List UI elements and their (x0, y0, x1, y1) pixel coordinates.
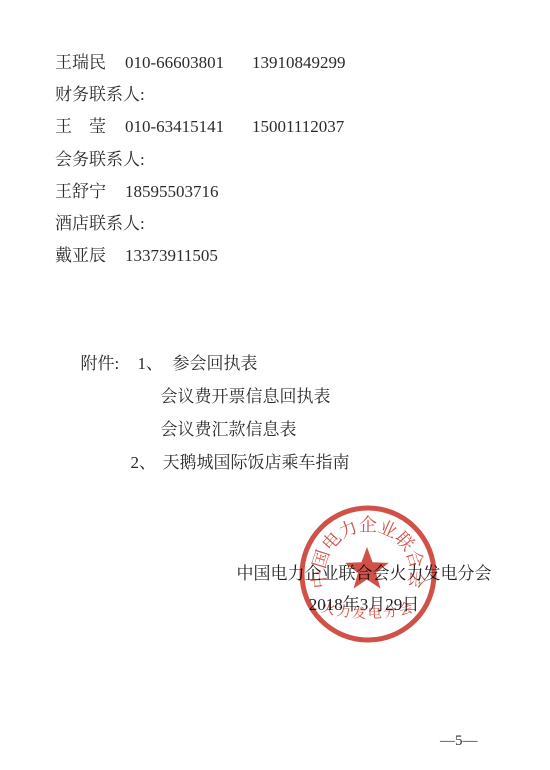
attachment-item-number: 1、 (138, 347, 173, 380)
contact-section-label: 会务联系人: (55, 144, 346, 176)
contact-row: 王舒宁 18595503716 (55, 176, 346, 208)
contact-mobile: 15001112037 (252, 111, 344, 143)
contact-name: 戴亚辰 (55, 240, 125, 272)
page-number: —5— (440, 733, 478, 750)
attachments-label: 附件: (81, 347, 138, 380)
contact-section-label: 财务联系人: (55, 79, 346, 111)
attachment-item-number: 2、 (131, 446, 163, 479)
contact-row: 王 莹 010-63415141 15001112037 (55, 111, 346, 143)
attachment-line: 附件:1、参会回执表 (55, 314, 350, 347)
attachment-item-text: 天鹅城国际饭店乘车指南 (163, 453, 350, 472)
contact-name: 王瑞民 (55, 47, 125, 79)
signature-org: 中国电力企业联合会火力发电分会 (214, 558, 514, 589)
attachments-block: 附件:1、参会回执表 会议费开票信息回执表 会议费汇款信息表 2、天鹅城国际饭店… (55, 314, 350, 446)
contact-row: 王瑞民 010-66603801 13910849299 (55, 47, 346, 79)
contacts-block: 王瑞民 010-66603801 13910849299 财务联系人: 王 莹 … (55, 47, 346, 272)
contact-mobile: 13910849299 (252, 47, 346, 79)
attachment-item-text: 参会回执表 (173, 354, 258, 373)
attachment-item-text: 会议费开票信息回执表 (161, 387, 331, 406)
contact-name: 王 莹 (55, 111, 125, 143)
signature-block: 中国电力企业联合会火力发电分会 2018年3月29日 (214, 558, 514, 620)
contact-phone: 010-66603801 (125, 47, 252, 79)
contact-name: 王舒宁 (55, 176, 125, 208)
contact-phone: 010-63415141 (125, 111, 252, 143)
signature-date: 2018年3月29日 (214, 589, 514, 620)
document-page: 王瑞民 010-66603801 13910849299 财务联系人: 王 莹 … (0, 0, 550, 770)
contact-mobile: 13373911505 (125, 240, 252, 272)
contact-mobile: 18595503716 (125, 176, 252, 208)
contact-section-label: 酒店联系人: (55, 208, 346, 240)
contact-row: 戴亚辰 13373911505 (55, 240, 346, 272)
attachment-item-text: 会议费汇款信息表 (161, 420, 297, 439)
